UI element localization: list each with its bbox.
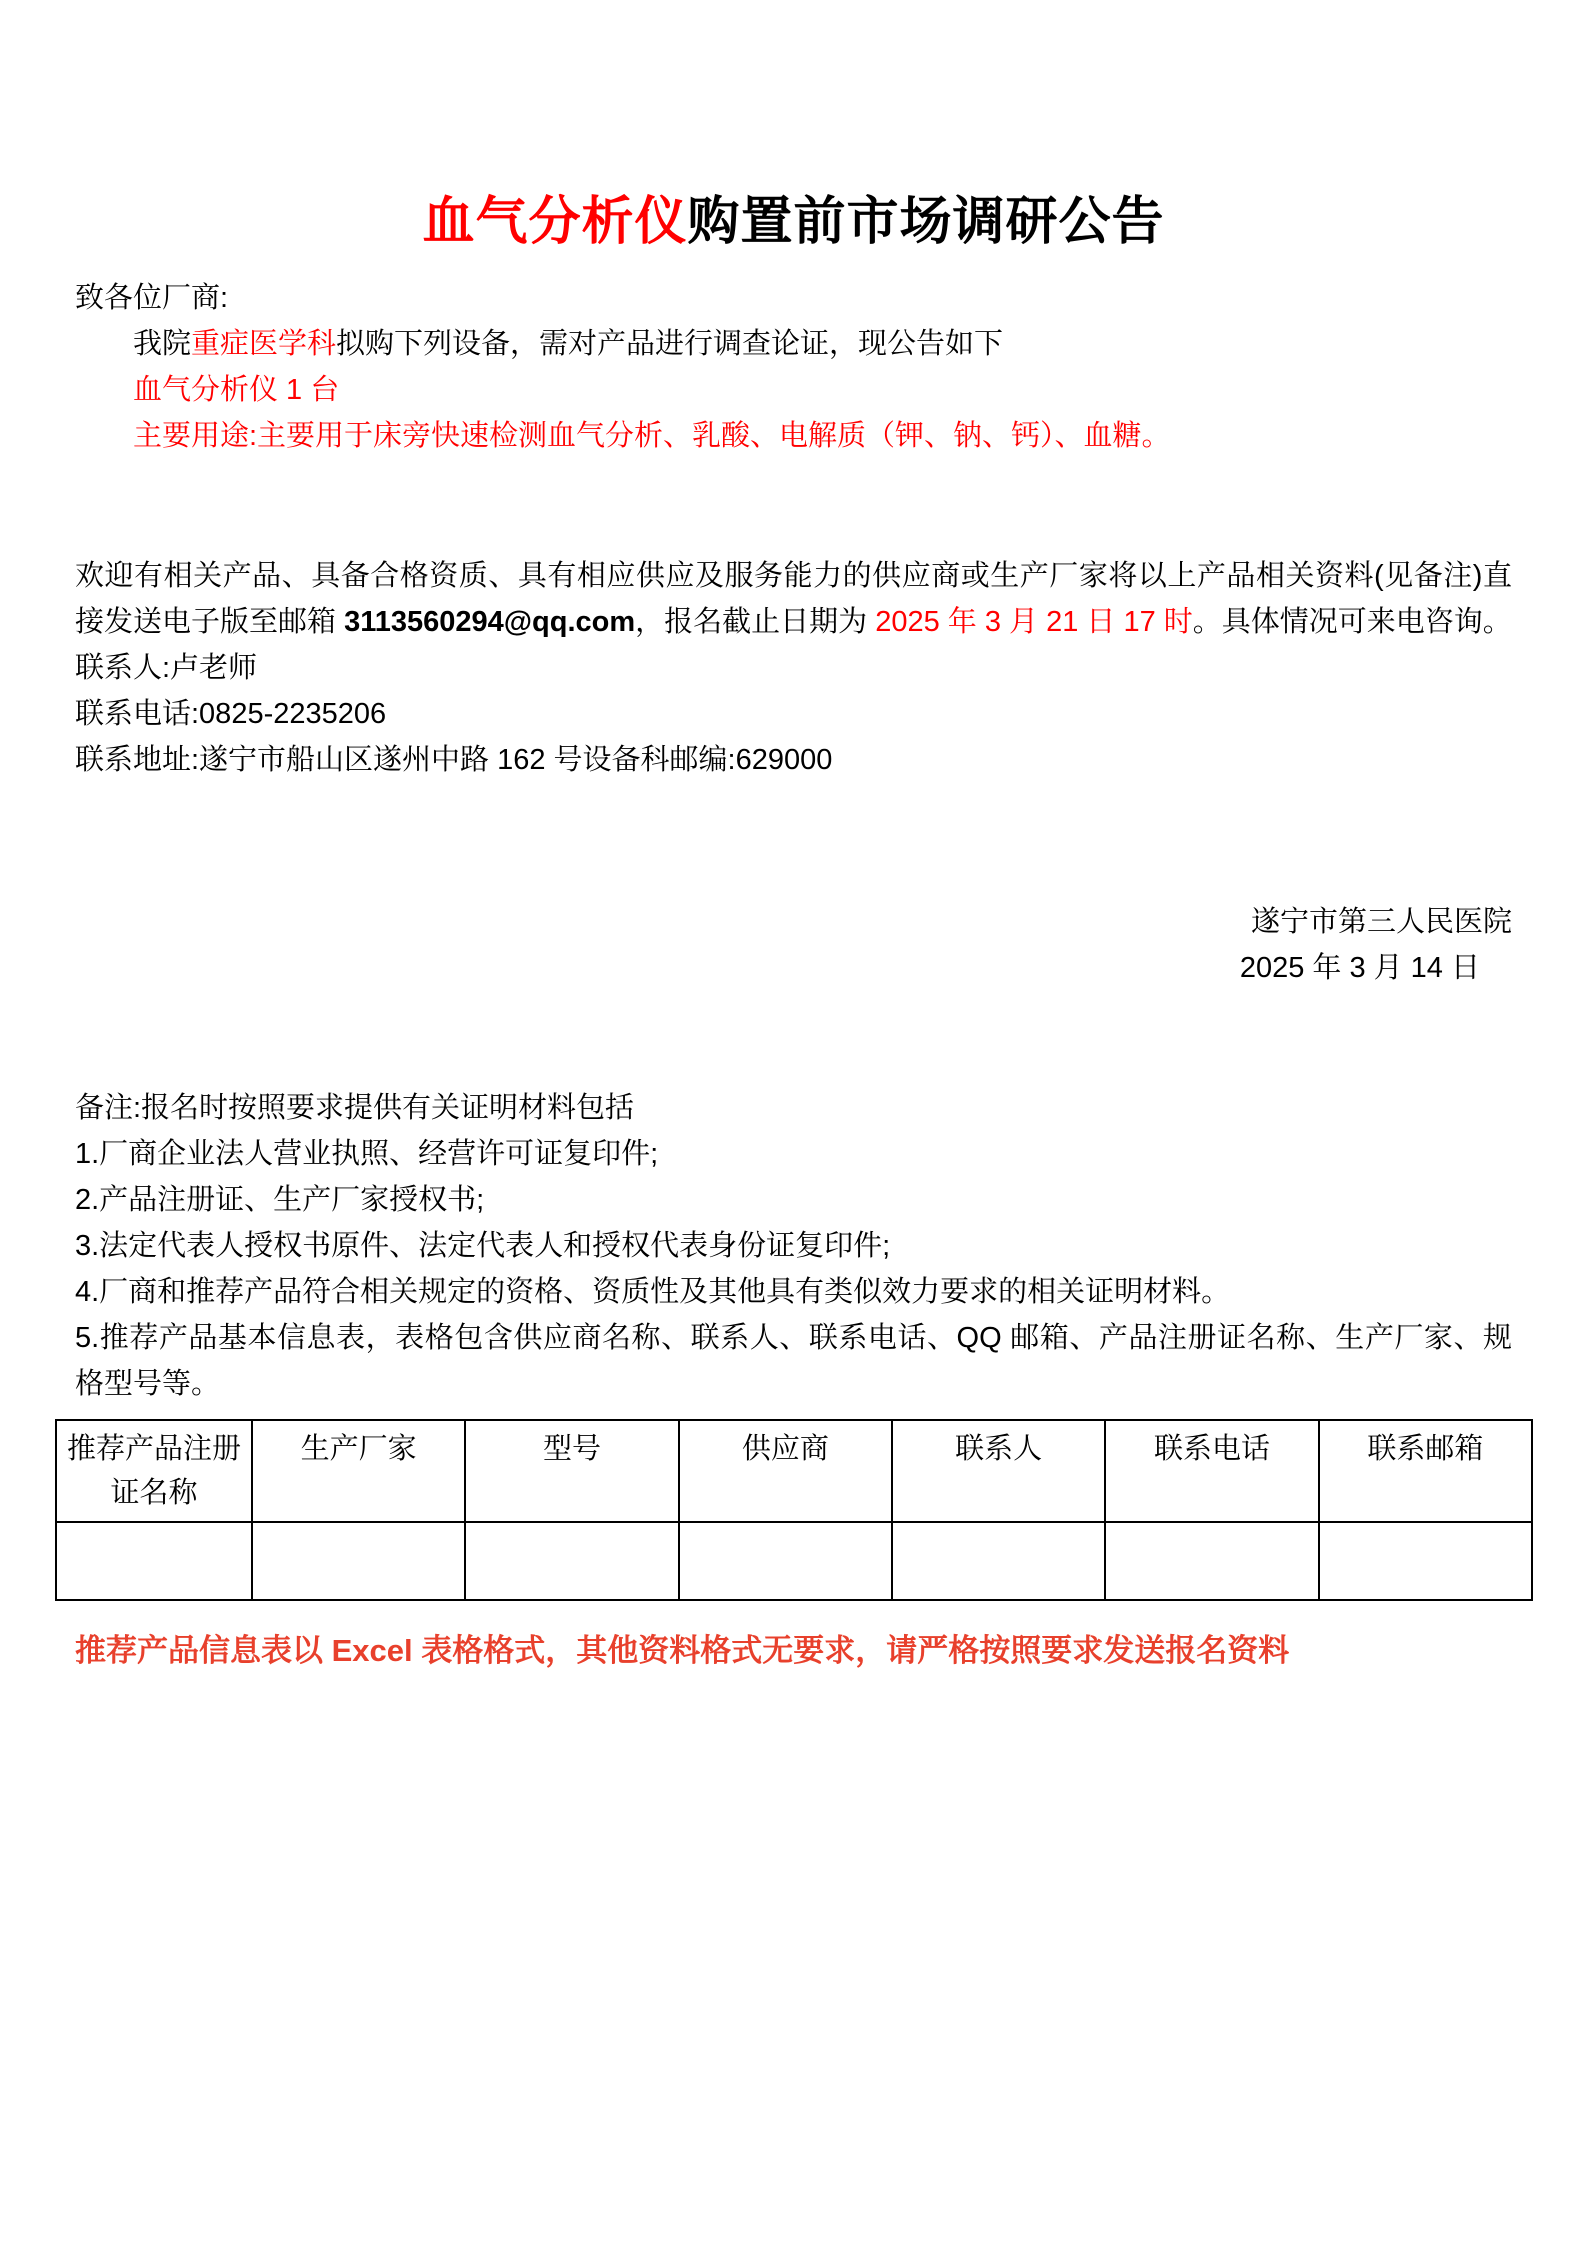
- intro-line: 我院重症医学科拟购下列设备，需对产品进行调查论证，现公告如下: [75, 321, 1512, 367]
- intro-pre: 我院: [133, 328, 191, 360]
- table-cell-contact-email: [1319, 1522, 1532, 1600]
- table-cell-supplier: [679, 1522, 892, 1600]
- remarks-item-5: 5.推荐产品基本信息表，表格包含供应商名称、联系人、联系电话、QQ 邮箱、产品注…: [75, 1315, 1512, 1407]
- table-header-contact-email: 联系邮箱: [1319, 1420, 1532, 1522]
- remarks-title: 备注:报名时按照要求提供有关证明材料包括: [75, 1085, 1512, 1131]
- salutation-line: 致各位厂商:: [75, 275, 1512, 321]
- signature-date: 2025 年 3 月 14 日: [75, 945, 1512, 991]
- table-cell-contact-phone: [1105, 1522, 1318, 1600]
- contact-phone-line: 联系电话:0825-2235206: [75, 691, 1512, 737]
- deadline-text: 2025 年 3 月 21 日 17 时: [875, 606, 1193, 638]
- table-header-product-name: 推荐产品注册证名称: [56, 1420, 252, 1522]
- page-title: 血气分析仪购置前市场调研公告: [75, 185, 1512, 259]
- invitation-paragraph: 欢迎有相关产品、具备合格资质、具有相应供应及服务能力的供应商或生产厂家将以上产品…: [75, 553, 1512, 645]
- invite-text-2: ，报名截止日期为: [635, 606, 875, 638]
- remarks-item-4: 4.厂商和推荐产品符合相关规定的资格、资质性及其他具有类似效力要求的相关证明材料…: [75, 1269, 1512, 1315]
- table-header-supplier: 供应商: [679, 1420, 892, 1522]
- intro-post: 拟购下列设备，需对产品进行调查论证，现公告如下: [336, 328, 1003, 360]
- table-cell-contact-person: [892, 1522, 1105, 1600]
- signature-organization: 遂宁市第三人民医院: [75, 899, 1512, 945]
- table-row: [56, 1522, 1532, 1600]
- table-header-manufacturer: 生产厂家: [252, 1420, 465, 1522]
- product-info-table: 推荐产品注册证名称 生产厂家 型号 供应商 联系人 联系电话 联系邮箱: [55, 1419, 1533, 1601]
- table-header-contact-person: 联系人: [892, 1420, 1105, 1522]
- remarks-item-2: 2.产品注册证、生产厂家授权书;: [75, 1177, 1512, 1223]
- table-cell-product-name: [56, 1522, 252, 1600]
- contact-person-line: 联系人:卢老师: [75, 645, 1512, 691]
- table-header-contact-phone: 联系电话: [1105, 1420, 1318, 1522]
- footer-requirement-note: 推荐产品信息表以 Excel 表格格式，其他资料格式无要求，请严格按照要求发送报…: [75, 1629, 1512, 1673]
- usage-line: 主要用途:主要用于床旁快速检测血气分析、乳酸、电解质（钾、钠、钙）、血糖。: [75, 413, 1512, 459]
- page-title-highlight: 血气分析仪: [422, 193, 687, 251]
- table-header-model: 型号: [465, 1420, 678, 1522]
- remarks-item-1: 1.厂商企业法人营业执照、经营许可证复印件;: [75, 1131, 1512, 1177]
- signature-block: 遂宁市第三人民医院 2025 年 3 月 14 日: [75, 899, 1512, 991]
- table-cell-manufacturer: [252, 1522, 465, 1600]
- table-header-row: 推荐产品注册证名称 生产厂家 型号 供应商 联系人 联系电话 联系邮箱: [56, 1420, 1532, 1522]
- page-title-rest: 购置前市场调研公告: [688, 193, 1165, 251]
- remarks-item-3: 3.法定代表人授权书原件、法定代表人和授权代表身份证复印件;: [75, 1223, 1512, 1269]
- document-page: 血气分析仪购置前市场调研公告 致各位厂商: 我院重症医学科拟购下列设备，需对产品…: [0, 0, 1587, 2245]
- contact-email: 3113560294@qq.com: [344, 606, 635, 638]
- equipment-item-line: 血气分析仪 1 台: [75, 367, 1512, 413]
- table-cell-model: [465, 1522, 678, 1600]
- invite-text-3: 。具体情况可来电咨询。: [1193, 606, 1512, 638]
- intro-department: 重症医学科: [191, 328, 336, 360]
- contact-address-line: 联系地址:遂宁市船山区遂州中路 162 号设备科邮编:629000: [75, 737, 1512, 783]
- remarks-section: 备注:报名时按照要求提供有关证明材料包括 1.厂商企业法人营业执照、经营许可证复…: [75, 1085, 1512, 1407]
